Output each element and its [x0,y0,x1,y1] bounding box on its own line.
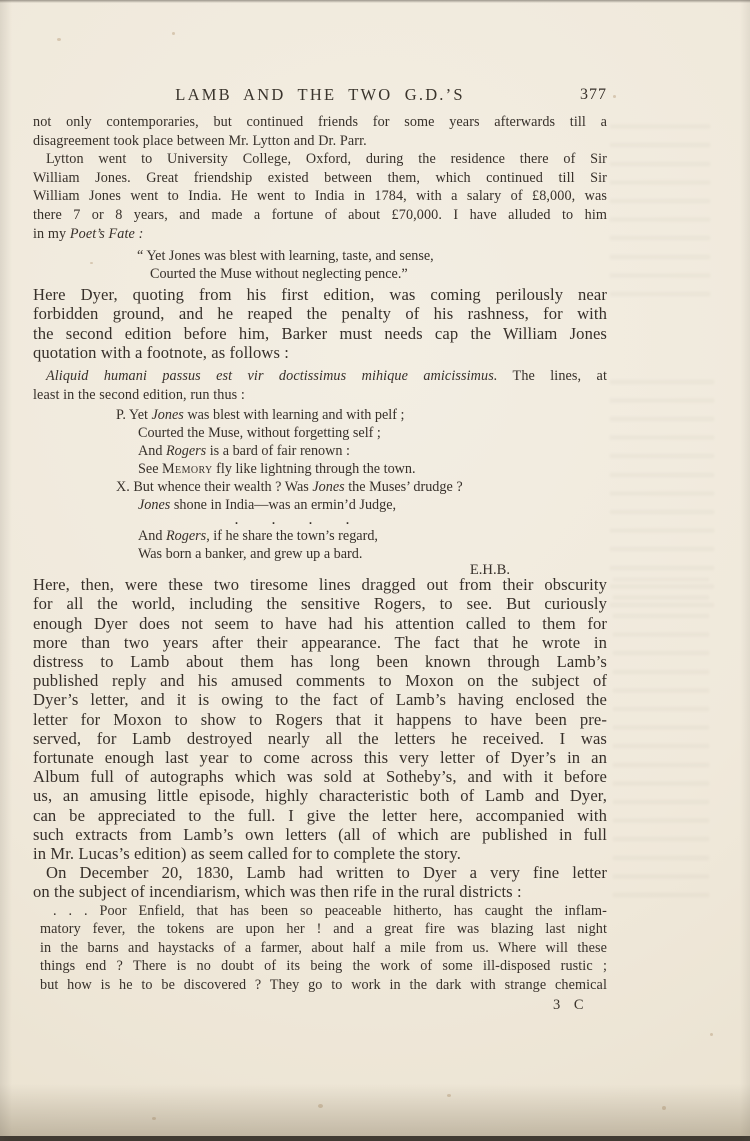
text-line: letter for Moxon to show to Rogers that … [33,710,607,729]
text-line: published reply and his amused comments … [33,671,607,690]
text-line: more than two years after their appearan… [33,633,607,652]
person-name: Jones [138,497,170,513]
person-name: Rogers [166,443,206,459]
text-line: served, for Lamb destroyed nearly all th… [33,729,607,748]
text-line: Here, then, were these two tiresome line… [33,575,607,594]
text-line: not only contemporaries, but continued f… [33,113,607,132]
text-segment: , if he share the town’s regard, [206,528,378,544]
chapter-title: LAMB AND THE TWO G.D.’S [33,85,607,105]
work-title: Poet’s Fate : [70,226,144,242]
text-line: the second edition before him, Barker mu… [33,324,607,343]
text-line: in the barns and haystacks of a farmer, … [40,939,607,958]
footnote-block: Aliquid humani passus est vir doctissimu… [33,367,607,404]
letter-extract: . . . Poor Enfield, that has been so pea… [40,902,607,995]
text-line: . . . Poor Enfield, that has been so pea… [40,902,607,921]
text-segment: The lines, at [497,368,607,384]
paragraph: Here Dyer, quoting from his first editio… [33,285,607,362]
scan-edge [740,0,750,1141]
text-line: such extracts from Lamb’s own letters (a… [33,825,607,844]
text-line: forbidden ground, and he reaped the pena… [33,304,607,323]
text-line: but how is he to be discovered ? They go… [40,976,607,995]
person-name: Jones [312,479,344,495]
paragraph: On December 20, 1830, Lamb had written t… [33,863,607,901]
text-line: On December 20, 1830, Lamb had written t… [33,863,607,882]
text-segment: in my [33,226,70,242]
scan-edge [0,0,750,3]
signature-mark: 3 C [553,997,584,1014]
text-line: William Jones. Great friendship existed … [33,169,607,188]
paragraph: not only contemporaries, but continued f… [33,113,607,150]
text-segment: And [138,443,166,459]
running-head: LAMB AND THE TWO G.D.’S 377 [33,85,607,107]
verse-line: X. But whence their wealth ? Was Jones t… [138,478,607,496]
text-line: there 7 or 8 years, and made a fortune o… [33,206,607,225]
verse-line: Courted the Muse without neglecting penc… [150,265,607,283]
text-segment: was blest with learning and with pelf ; [184,407,405,423]
text-line: least in the second edition, run thus : [33,386,607,405]
text-line: for all the world, including the sensiti… [33,594,607,613]
verso-showthrough [610,112,710,307]
scan-shadow [0,1084,750,1136]
text-segment: fly like lightning through the town. [213,461,416,477]
text-line: Aliquid humani passus est vir doctissimu… [33,367,607,386]
text-segment: And [138,528,166,544]
foxing-speck [710,1033,713,1036]
verso-showthrough [613,578,709,908]
verse-line: Jones shone in India—was an ermin’d Judg… [138,496,607,514]
foxing-speck [613,95,616,98]
verse-quotation: “ Yet Jones was blest with learning, tas… [150,247,607,283]
verse-line: Courted the Muse, without forgetting sel… [138,424,607,442]
scan-edge [0,1136,750,1141]
paragraph: Lytton went to University College, Oxfor… [33,150,607,243]
text-line: fortunate enough last year to come acros… [33,748,607,767]
person-name: Jones [152,407,184,423]
paragraph: Here, then, were these two tiresome line… [33,575,607,863]
text-line: things end ? There is no doubt of its be… [40,957,607,976]
text-line: William Jones went to India. He went to … [33,187,607,206]
book-page-scan: LAMB AND THE TWO G.D.’S 377 not only con… [0,0,750,1141]
text-segment: the Muses’ drudge ? [345,479,463,495]
text-line: quotation with a footnote, as follows : [33,343,607,362]
text-line: us, an amusing little episode, highly ch… [33,786,607,805]
text-segment: X. But whence their wealth ? Was [116,479,312,495]
book-title-smallcaps: Memory [162,461,213,477]
text-line: can be appreciated to the full. I give t… [33,806,607,825]
text-line: disagreement took place between Mr. Lytt… [33,132,607,151]
text-line: distress to Lamb about them has long bee… [33,652,607,671]
text-line: Album full of autographs which was sold … [33,767,607,786]
verse-line: “ Yet Jones was blest with learning, tas… [150,247,607,265]
person-name: Rogers [166,528,206,544]
verse-line: And Rogers, if he share the town’s regar… [138,527,607,545]
text-line: Dyer’s letter, and it is owing to the fa… [33,690,607,709]
text-line: enough Dyer does not seem to have had hi… [33,614,607,633]
verse-quotation: P. Yet Jones was blest with learning and… [138,406,607,563]
verse-line: See Memory fly like lightning through th… [138,460,607,478]
verse-line: P. Yet Jones was blest with learning and… [138,406,607,424]
text-line: Here Dyer, quoting from his first editio… [33,285,607,304]
page-content: LAMB AND THE TWO G.D.’S 377 not only con… [33,0,607,995]
text-line: in Mr. Lucas’s edition) as seem called f… [33,844,607,863]
ellipsis-row: . . . . [138,515,607,525]
text-line: matory fever, the tokens are upon her ! … [40,920,607,939]
text-segment: shone in India—was an ermin’d Judge, [170,497,396,513]
latin-phrase: Aliquid humani passus est vir doctissimu… [46,368,497,384]
page-number: 377 [580,86,607,104]
scan-edge [0,0,12,1141]
text-segment: See [138,461,162,477]
text-line: Lytton went to University College, Oxfor… [33,150,607,169]
text-line: on the subject of incendiarism, which wa… [33,882,607,901]
text-segment: is a bard of fair renown : [206,443,350,459]
text-segment: P. Yet [116,407,152,423]
text-line: in my Poet’s Fate : [33,225,607,244]
verse-line: And Rogers is a bard of fair renown : [138,442,607,460]
